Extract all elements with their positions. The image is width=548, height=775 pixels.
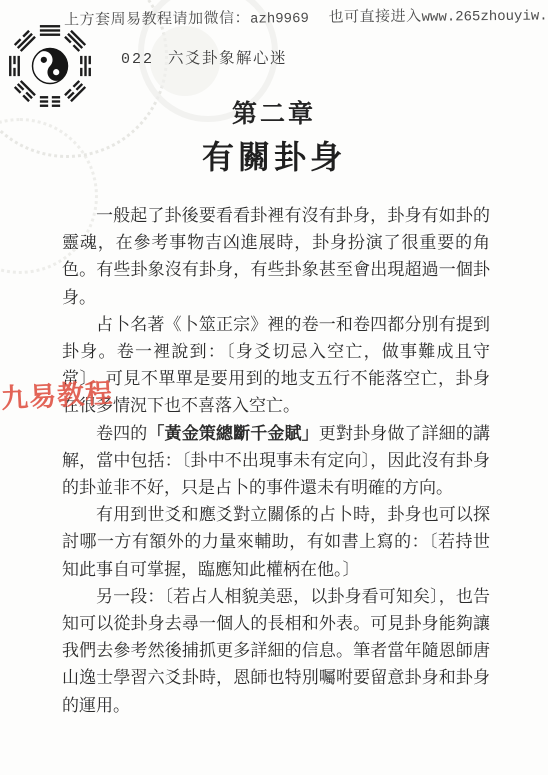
paragraph: 占卜名著《卜筮正宗》裡的卷一和卷四都分別有提到卦身。卷一裡說到：〔身爻切忌入空亡… <box>62 311 490 420</box>
text-segment: 上方套周易教程请加微信： <box>64 11 250 29</box>
paragraph: 卷四的「黃金策總斷千金賦」更對卦身做了詳細的講解，當中包括：〔卦中不出現事未有定… <box>62 420 490 502</box>
paragraph: 有用到世爻和應爻對立關係的占卜時，卦身也可以探討哪一方有額外的力量來輔助，有如書… <box>62 501 490 583</box>
paragraph: 一般起了卦後要看看卦裡有沒有卦身，卦身有如卦的靈魂，在參考事物吉凶進展時，卦身扮… <box>62 202 490 311</box>
body-text: 一般起了卦後要看看卦裡有沒有卦身，卦身有如卦的靈魂，在參考事物吉凶進展時，卦身扮… <box>62 202 490 719</box>
text-segment: www.265zhouyiw.com <box>422 8 548 26</box>
text-segment: 占卜名著《卜筮正宗》裡的卷一和卷四都分別有提到卦身。卷一裡說到：〔身爻切忌入空亡… <box>62 315 490 416</box>
text-segment: 也可直接进入 <box>309 9 422 26</box>
text-segment: 有用到世爻和應爻對立關係的占卜時，卦身也可以探討哪一方有額外的力量來輔助，有如書… <box>62 505 490 578</box>
text-segment: 卷四的 <box>96 424 147 443</box>
text-segment: 一般起了卦後要看看卦裡有沒有卦身，卦身有如卦的靈魂，在參考事物吉凶進展時，卦身扮… <box>62 206 490 307</box>
page-header: 022六爻卦象解心迷 <box>121 46 287 68</box>
red-watermark: 九易教程 <box>0 371 114 416</box>
chapter-title: 有關卦身 <box>0 132 548 178</box>
paragraph: 另一段：〔若占人相貌美惡，以卦身看可知矣〕，也告知可以從卦身去尋一個人的長相和外… <box>62 583 490 719</box>
book-title: 六爻卦象解心迷 <box>168 50 287 67</box>
text-segment: azh9969 <box>250 11 309 28</box>
promo-header-text: 上方套周易教程请加微信：azh9969 也可直接进入www.265zhouyiw… <box>64 3 544 29</box>
page-number: 022 <box>121 51 154 68</box>
book-page: 上方套周易教程请加微信：azh9969 也可直接进入www.265zhouyiw… <box>0 0 548 775</box>
chapter-label: 第二章 <box>0 94 548 130</box>
text-segment: 「黃金策總斷千金賦」 <box>147 424 318 443</box>
text-segment: 另一段：〔若占人相貌美惡，以卦身看可知矣〕，也告知可以從卦身去尋一個人的長相和外… <box>62 587 490 715</box>
